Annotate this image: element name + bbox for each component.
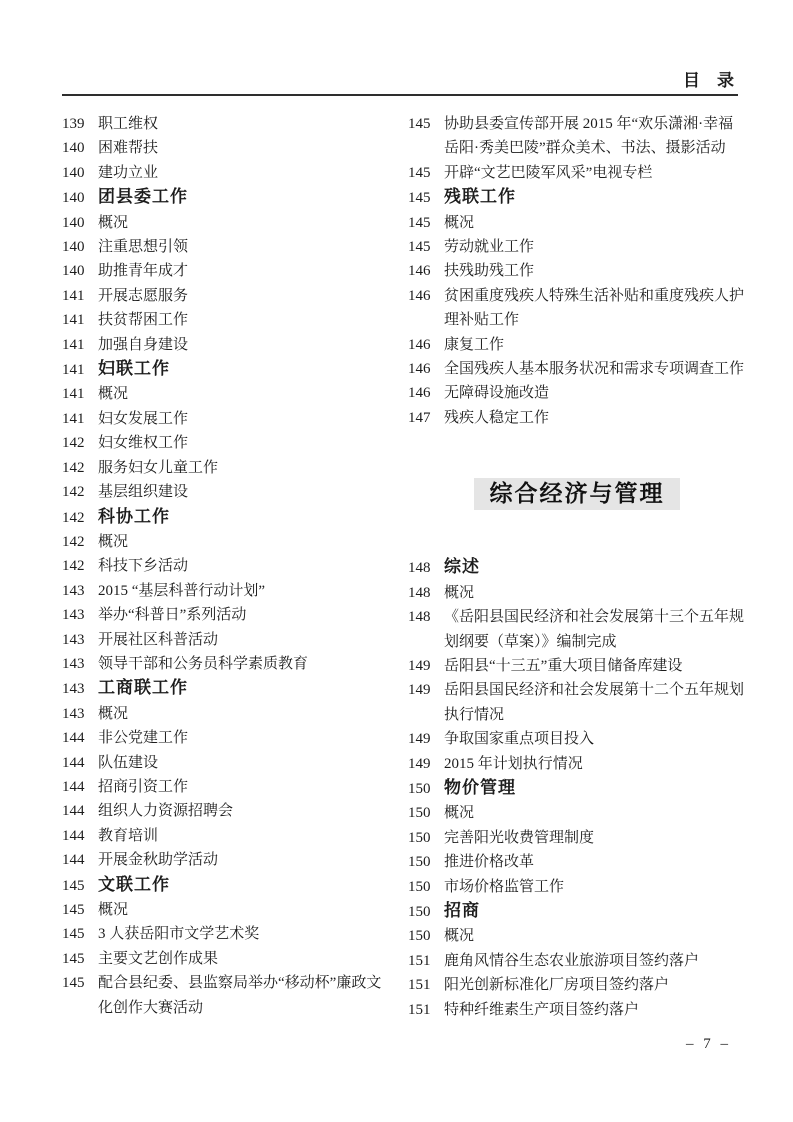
toc-entry-page-number: 148: [408, 556, 444, 580]
toc-entry-row: 144非公党建工作: [62, 726, 392, 750]
toc-entry-title: 配合县纪委、县监察局举办“移动杯”廉政文化创作大赛活动: [98, 971, 392, 1020]
toc-column-right: 145协助县委宣传部开展 2015 年“欢乐潇湘·幸福岳阳·秀美巴陵”群众美术、…: [408, 112, 746, 1022]
toc-entry-title: 举办“科普日”系列活动: [98, 603, 392, 627]
toc-entry-row: 141妇女发展工作: [62, 407, 392, 431]
toc-entry-page-number: 140: [62, 235, 98, 259]
toc-entry-page-number: 145: [408, 161, 444, 185]
toc-entry-row: 144招商引资工作: [62, 775, 392, 799]
toc-entry-page-number: 150: [408, 826, 444, 850]
toc-entry-title: 领导干部和公务员科学素质教育: [98, 652, 392, 676]
toc-entry-page-number: 144: [62, 848, 98, 872]
toc-entry-page-number: 140: [62, 161, 98, 185]
toc-entry-title: 概况: [98, 211, 392, 235]
toc-entry-row: 151鹿角风情谷生态农业旅游项目签约落户: [408, 949, 746, 973]
header-rule: [62, 94, 738, 96]
toc-entry-page-number: 145: [408, 112, 444, 136]
toc-entry-page-number: 145: [62, 922, 98, 946]
section-banner: 综合经济与管理: [474, 478, 680, 510]
toc-entry-title: 概况: [98, 702, 392, 726]
toc-entry-row: 143举办“科普日”系列活动: [62, 603, 392, 627]
toc-entry-row: 142科技下乡活动: [62, 554, 392, 578]
toc-entry-page-number: 145: [408, 235, 444, 259]
toc-entry-title: 协助县委宣传部开展 2015 年“欢乐潇湘·幸福岳阳·秀美巴陵”群众美术、书法、…: [444, 112, 746, 161]
toc-section-heading-row: 150招商: [408, 899, 746, 924]
toc-entry-title: 妇女发展工作: [98, 407, 392, 431]
toc-entry-title: 残疾人稳定工作: [444, 406, 746, 430]
toc-entry-title: 3 人获岳阳市文学艺术奖: [98, 922, 392, 946]
toc-entry-title: 教育培训: [98, 824, 392, 848]
toc-page: 目 录 139职工维权140困难帮扶140建功立业140团县委工作140概况14…: [0, 0, 793, 1122]
toc-entry-title: 科技下乡活动: [98, 554, 392, 578]
toc-entry-page-number: 143: [62, 652, 98, 676]
toc-entry-title: 残联工作: [444, 185, 746, 209]
toc-entry-title: 市场价格监管工作: [444, 875, 746, 899]
toc-entry-title: 扶贫帮困工作: [98, 308, 392, 332]
toc-entry-page-number: 144: [62, 726, 98, 750]
toc-entry-title: 完善阳光收费管理制度: [444, 826, 746, 850]
toc-entry-row: 140注重思想引领: [62, 235, 392, 259]
toc-entry-title: 2015 年计划执行情况: [444, 752, 746, 776]
toc-entry-title: 2015 “基层科普行动计划”: [98, 579, 392, 603]
toc-entry-row: 146康复工作: [408, 333, 746, 357]
toc-entry-page-number: 142: [62, 506, 98, 530]
toc-entry-row: 140困难帮扶: [62, 136, 392, 160]
toc-entry-title: 岳阳县国民经济和社会发展第十二个五年规划执行情况: [444, 678, 746, 727]
toc-entry-row: 151特种纤维素生产项目签约落户: [408, 998, 746, 1022]
toc-entry-row: 145配合县纪委、县监察局举办“移动杯”廉政文化创作大赛活动: [62, 971, 392, 1020]
toc-entry-title: 非公党建工作: [98, 726, 392, 750]
toc-entry-page-number: 142: [62, 480, 98, 504]
toc-entry-title: 概况: [98, 530, 392, 554]
toc-entry-title: 主要文艺创作成果: [98, 947, 392, 971]
toc-entry-page-number: 141: [62, 382, 98, 406]
toc-entry-page-number: 148: [408, 605, 444, 629]
toc-entry-row: 144队伍建设: [62, 751, 392, 775]
toc-entry-title: 服务妇女儿童工作: [98, 456, 392, 480]
toc-entry-page-number: 144: [62, 775, 98, 799]
toc-entry-title: 队伍建设: [98, 751, 392, 775]
toc-right-bottom-list: 148综述148概况148《岳阳县国民经济和社会发展第十三个五年规划纲要（草案）…: [408, 555, 746, 1022]
toc-entry-page-number: 141: [62, 407, 98, 431]
toc-entry-row: 146无障碍设施改造: [408, 381, 746, 405]
toc-section-heading-row: 145文联工作: [62, 873, 392, 898]
toc-section-heading-row: 141妇联工作: [62, 357, 392, 382]
toc-entry-row: 145主要文艺创作成果: [62, 947, 392, 971]
toc-entry-row: 146扶残助残工作: [408, 259, 746, 283]
toc-section-heading-row: 145残联工作: [408, 185, 746, 210]
toc-entry-page-number: 149: [408, 678, 444, 702]
toc-entry-row: 141加强自身建设: [62, 333, 392, 357]
toc-entry-title: 物价管理: [444, 776, 746, 800]
toc-entry-page-number: 145: [62, 947, 98, 971]
toc-entry-row: 1492015 年计划执行情况: [408, 752, 746, 776]
toc-entry-page-number: 150: [408, 801, 444, 825]
toc-entry-page-number: 143: [62, 628, 98, 652]
toc-entry-title: 概况: [98, 898, 392, 922]
page-title: 目 录: [683, 66, 734, 91]
toc-entry-title: 综述: [444, 555, 746, 579]
toc-entry-page-number: 141: [62, 308, 98, 332]
toc-entry-row: 144教育培训: [62, 824, 392, 848]
toc-entry-row: 150市场价格监管工作: [408, 875, 746, 899]
toc-entry-title: 扶残助残工作: [444, 259, 746, 283]
toc-entry-page-number: 150: [408, 777, 444, 801]
toc-entry-title: 开展社区科普活动: [98, 628, 392, 652]
toc-entry-row: 145劳动就业工作: [408, 235, 746, 259]
toc-entry-page-number: 148: [408, 581, 444, 605]
toc-entry-title: 争取国家重点项目投入: [444, 727, 746, 751]
toc-entry-row: 140概况: [62, 211, 392, 235]
toc-section-heading-row: 143工商联工作: [62, 676, 392, 701]
toc-entry-page-number: 142: [62, 431, 98, 455]
toc-entry-page-number: 150: [408, 900, 444, 924]
toc-entry-title: 招商: [444, 899, 746, 923]
toc-entry-page-number: 141: [62, 358, 98, 382]
toc-entry-page-number: 146: [408, 381, 444, 405]
toc-entry-page-number: 149: [408, 654, 444, 678]
toc-entry-page-number: 142: [62, 530, 98, 554]
toc-entry-row: 148《岳阳县国民经济和社会发展第十三个五年规划纲要（草案）》编制完成: [408, 605, 746, 654]
toc-entry-title: 团县委工作: [98, 185, 392, 209]
toc-entry-page-number: 150: [408, 850, 444, 874]
toc-entry-page-number: 145: [408, 211, 444, 235]
toc-entry-row: 1453 人获岳阳市文学艺术奖: [62, 922, 392, 946]
toc-entry-page-number: 144: [62, 824, 98, 848]
toc-entry-row: 142基层组织建设: [62, 480, 392, 504]
toc-entry-title: 无障碍设施改造: [444, 381, 746, 405]
toc-entry-title: 工商联工作: [98, 676, 392, 700]
toc-entry-title: 特种纤维素生产项目签约落户: [444, 998, 746, 1022]
toc-entry-title: 科协工作: [98, 505, 392, 529]
toc-entry-row: 142概况: [62, 530, 392, 554]
toc-entry-title: 开展金秋助学活动: [98, 848, 392, 872]
toc-entry-page-number: 140: [62, 211, 98, 235]
toc-entry-title: 鹿角风情谷生态农业旅游项目签约落户: [444, 949, 746, 973]
toc-entry-title: 组织人力资源招聘会: [98, 799, 392, 823]
toc-entry-row: 139职工维权: [62, 112, 392, 136]
toc-entry-row: 1432015 “基层科普行动计划”: [62, 579, 392, 603]
toc-entry-title: 概况: [444, 801, 746, 825]
toc-entry-page-number: 145: [408, 186, 444, 210]
toc-entry-page-number: 150: [408, 875, 444, 899]
toc-entry-page-number: 141: [62, 284, 98, 308]
toc-entry-row: 140建功立业: [62, 161, 392, 185]
toc-entry-row: 151阳光创新标准化厂房项目签约落户: [408, 973, 746, 997]
toc-entry-page-number: 144: [62, 799, 98, 823]
toc-section-heading-row: 148综述: [408, 555, 746, 580]
toc-entry-page-number: 145: [62, 898, 98, 922]
toc-entry-page-number: 140: [62, 136, 98, 160]
toc-section-heading-row: 140团县委工作: [62, 185, 392, 210]
toc-entry-title: 岳阳县“十三五”重大项目储备库建设: [444, 654, 746, 678]
toc-entry-row: 142妇女维权工作: [62, 431, 392, 455]
toc-entry-title: 助推青年成才: [98, 259, 392, 283]
toc-entry-page-number: 150: [408, 924, 444, 948]
toc-entry-page-number: 147: [408, 406, 444, 430]
page-number: – 7 –: [686, 1036, 731, 1053]
toc-entry-row: 142服务妇女儿童工作: [62, 456, 392, 480]
toc-entry-row: 146全国残疾人基本服务状况和需求专项调查工作: [408, 357, 746, 381]
toc-entry-title: 贫困重度残疾人特殊生活补贴和重度残疾人护理补贴工作: [444, 284, 746, 333]
toc-entry-title: 全国残疾人基本服务状况和需求专项调查工作: [444, 357, 746, 381]
toc-entry-page-number: 142: [62, 554, 98, 578]
toc-entry-row: 145概况: [62, 898, 392, 922]
toc-entry-title: 开辟“文艺巴陵军风采”电视专栏: [444, 161, 746, 185]
toc-entry-row: 145概况: [408, 211, 746, 235]
toc-section-heading-row: 142科协工作: [62, 505, 392, 530]
toc-entry-row: 148概况: [408, 581, 746, 605]
toc-entry-title: 加强自身建设: [98, 333, 392, 357]
toc-entry-page-number: 151: [408, 973, 444, 997]
toc-entry-page-number: 140: [62, 186, 98, 210]
toc-entry-title: 康复工作: [444, 333, 746, 357]
toc-entry-row: 141开展志愿服务: [62, 284, 392, 308]
toc-entry-title: 建功立业: [98, 161, 392, 185]
toc-section-heading-row: 150物价管理: [408, 776, 746, 801]
toc-entry-page-number: 139: [62, 112, 98, 136]
toc-entry-row: 147残疾人稳定工作: [408, 406, 746, 430]
toc-entry-row: 150概况: [408, 801, 746, 825]
toc-entry-row: 145协助县委宣传部开展 2015 年“欢乐潇湘·幸福岳阳·秀美巴陵”群众美术、…: [408, 112, 746, 161]
toc-columns: 139职工维权140困难帮扶140建功立业140团县委工作140概况140注重思…: [62, 112, 746, 1022]
toc-entry-title: 概况: [98, 382, 392, 406]
toc-entry-page-number: 146: [408, 284, 444, 308]
toc-entry-title: 开展志愿服务: [98, 284, 392, 308]
toc-entry-row: 143领导干部和公务员科学素质教育: [62, 652, 392, 676]
toc-entry-page-number: 146: [408, 357, 444, 381]
toc-entry-row: 144开展金秋助学活动: [62, 848, 392, 872]
toc-entry-title: 基层组织建设: [98, 480, 392, 504]
toc-entry-row: 146贫困重度残疾人特殊生活补贴和重度残疾人护理补贴工作: [408, 284, 746, 333]
toc-entry-title: 妇女维权工作: [98, 431, 392, 455]
toc-entry-title: 阳光创新标准化厂房项目签约落户: [444, 973, 746, 997]
toc-entry-page-number: 151: [408, 949, 444, 973]
toc-entry-page-number: 140: [62, 259, 98, 283]
toc-entry-row: 141概况: [62, 382, 392, 406]
toc-entry-title: 劳动就业工作: [444, 235, 746, 259]
toc-entry-page-number: 145: [62, 874, 98, 898]
toc-entry-page-number: 145: [62, 971, 98, 995]
toc-entry-title: 注重思想引领: [98, 235, 392, 259]
toc-right-top-list: 145协助县委宣传部开展 2015 年“欢乐潇湘·幸福岳阳·秀美巴陵”群众美术、…: [408, 112, 746, 430]
toc-entry-page-number: 151: [408, 998, 444, 1022]
toc-entry-title: 文联工作: [98, 873, 392, 897]
toc-entry-page-number: 146: [408, 259, 444, 283]
toc-entry-row: 149岳阳县国民经济和社会发展第十二个五年规划执行情况: [408, 678, 746, 727]
toc-entry-row: 140助推青年成才: [62, 259, 392, 283]
toc-entry-row: 143概况: [62, 702, 392, 726]
toc-entry-title: 概况: [444, 581, 746, 605]
toc-entry-page-number: 143: [62, 603, 98, 627]
toc-entry-title: 概况: [444, 211, 746, 235]
toc-entry-row: 143开展社区科普活动: [62, 628, 392, 652]
toc-entry-page-number: 149: [408, 752, 444, 776]
toc-entry-title: 概况: [444, 924, 746, 948]
toc-entry-row: 149争取国家重点项目投入: [408, 727, 746, 751]
toc-entry-row: 149岳阳县“十三五”重大项目储备库建设: [408, 654, 746, 678]
toc-entry-page-number: 143: [62, 702, 98, 726]
toc-entry-row: 150推进价格改革: [408, 850, 746, 874]
toc-entry-page-number: 143: [62, 677, 98, 701]
toc-entry-title: 妇联工作: [98, 357, 392, 381]
toc-entry-title: 困难帮扶: [98, 136, 392, 160]
toc-column-left: 139职工维权140困难帮扶140建功立业140团县委工作140概况140注重思…: [62, 112, 392, 1022]
toc-entry-row: 150概况: [408, 924, 746, 948]
toc-entry-page-number: 144: [62, 751, 98, 775]
toc-entry-page-number: 142: [62, 456, 98, 480]
toc-entry-page-number: 149: [408, 727, 444, 751]
toc-entry-row: 150完善阳光收费管理制度: [408, 826, 746, 850]
toc-entry-title: 《岳阳县国民经济和社会发展第十三个五年规划纲要（草案）》编制完成: [444, 605, 746, 654]
toc-entry-row: 144组织人力资源招聘会: [62, 799, 392, 823]
toc-entry-row: 145开辟“文艺巴陵军风采”电视专栏: [408, 161, 746, 185]
toc-entry-page-number: 143: [62, 579, 98, 603]
toc-entry-page-number: 141: [62, 333, 98, 357]
toc-entry-title: 职工维权: [98, 112, 392, 136]
toc-entry-title: 推进价格改革: [444, 850, 746, 874]
toc-entry-title: 招商引资工作: [98, 775, 392, 799]
toc-entry-page-number: 146: [408, 333, 444, 357]
toc-entry-row: 141扶贫帮困工作: [62, 308, 392, 332]
